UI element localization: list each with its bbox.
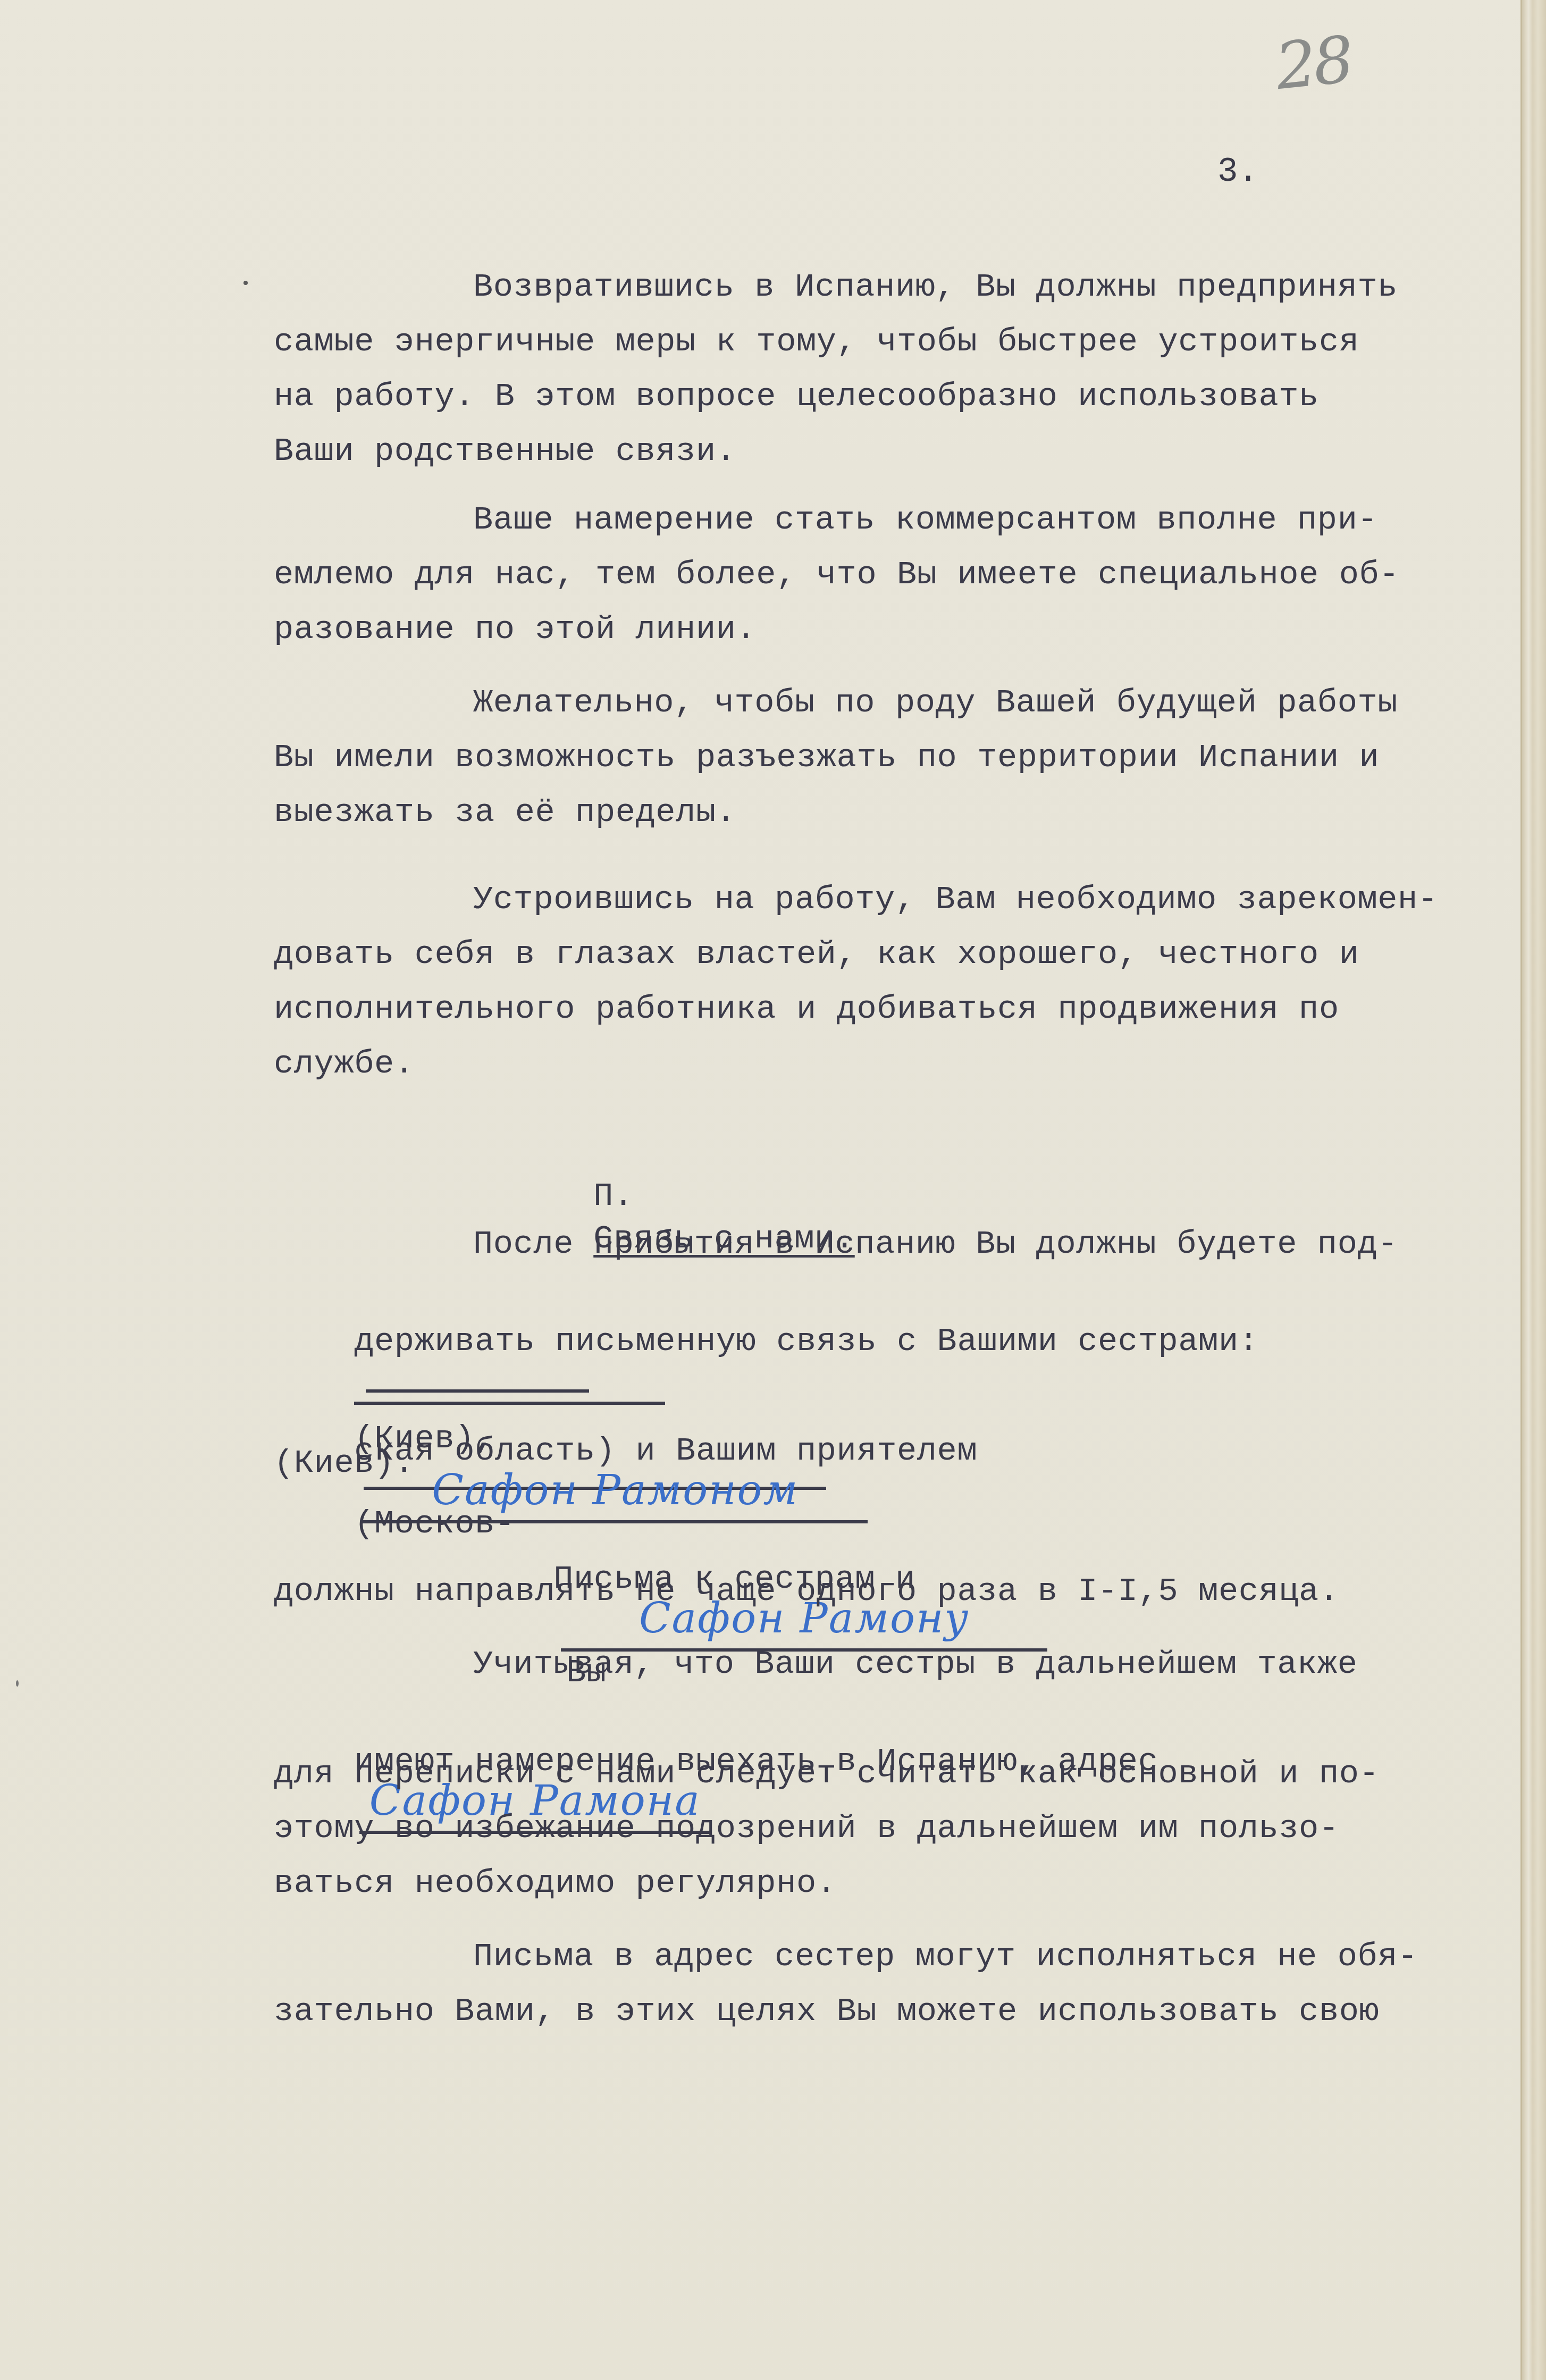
section-paragraph-1-line-4-text: ская область) и Вашим приятелем [354,1432,977,1470]
section-paragraph-2-line-2: должны направлять не чаще одного раза в … [274,1570,1339,1613]
section-paragraph-1-line-1: После прибытия в Испанию Вы должны будет… [473,1223,1398,1266]
paragraph-3-line-3: выезжать за её пределы. [274,791,736,834]
paragraph-3-line-1: Желательно, чтобы по роду Вашей будущей … [473,682,1398,724]
section-heading: П. Связь с нами. [513,1133,855,1303]
paragraph-4-line-4: службе. [274,1043,415,1085]
paragraph-2-line-3: разование по этой линии. [274,608,756,651]
section-paragraph-4-line-2: зательно Вами, в этих целях Вы можете ис… [274,1990,1379,2033]
paragraph-1-line-1: Возвратившись в Испанию, Вы должны предп… [473,266,1398,308]
section-paragraph-3-line-1: Учитывая, что Ваши сестры в дальнейшем т… [473,1643,1357,1686]
paragraph-4-line-3: исполнительного работника и добиваться п… [274,988,1339,1030]
paragraph-4-line-1: Устроившись на работу, Вам необходимо за… [473,878,1438,921]
paragraph-4-line-2: довать себя в глазах властей, как хороше… [274,933,1359,976]
section-paragraph-3-line-3: для переписки с нами следует считать как… [274,1753,1379,1795]
archive-page-number: 28 [1272,23,1354,104]
paragraph-3-line-2: Вы имели возможность разъезжать по терри… [274,736,1379,779]
section-paragraph-1-line-5: (Киев). [274,1442,415,1485]
section-paragraph-4-line-1: Письма в адрес сестер могут исполняться … [473,1935,1418,1978]
paper-speck [243,281,248,285]
handwritten-text: Сафон Рамоном [432,1466,799,1514]
paper-speck [16,1680,19,1687]
paragraph-1-line-2: самые энергичные меры к тому, чтобы быст… [274,321,1359,363]
paragraph-1-line-3: на работу. В этом вопросе целесообразно … [274,375,1319,418]
paragraph-2-line-2: емлемо для нас, тем более, что Вы имеете… [274,554,1399,596]
page-number: 3. [1217,153,1258,191]
paragraph-2-line-1: Ваше намерение стать коммерсантом вполне… [473,499,1377,541]
section-paragraph-3-line-4: этому во избежание подозрений в дальнейш… [274,1807,1339,1850]
section-paragraph-3-line-5: ваться необходимо регулярно. [274,1862,837,1905]
page-binding-edge [1520,0,1546,2380]
section-number: П. [593,1177,634,1215]
paragraph-1-line-4: Ваши родственные связи. [274,430,736,473]
document-page: 28 3. Возвратившись в Испанию, Вы должны… [0,0,1520,2380]
